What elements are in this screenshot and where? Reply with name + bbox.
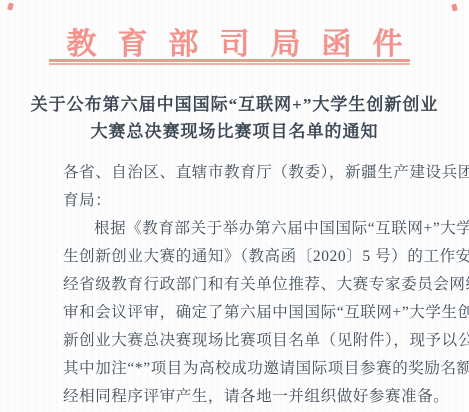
- document-title-line1: 关于公布第六届中国国际“互联网+”大学生创新创业: [20, 91, 449, 118]
- body-line: 审和会议评审，确定了第六届中国国际“互联网+”大学生创: [63, 299, 423, 327]
- body-line: 经相同程序评审产生，请各地一并组织做好参赛准备。: [63, 383, 423, 411]
- body-line: 根据《教育部关于举办第六届中国国际“互联网+”大学: [63, 215, 423, 243]
- body-line: 新创业大赛总决赛现场比赛项目名单（见附件），现予以公布。: [63, 327, 423, 355]
- document-title: 关于公布第六届中国国际“互联网+”大学生创新创业 大赛总决赛现场比赛项目名单的通…: [20, 91, 449, 145]
- body-line: 经省级教育行政部门和有关单位推荐、大赛专家委员会网络评: [63, 271, 423, 299]
- letterhead-divider: [49, 59, 410, 65]
- registration-mark-left: [7, 2, 14, 10]
- document-page: 教育部司局函件 关于公布第六届中国国际“互联网+”大学生创新创业 大赛总决赛现场…: [0, 0, 469, 412]
- letterhead-title: 教育部司局函件: [0, 19, 469, 63]
- body-line: 其中加注“*”项目为高校成功邀请国际项目参赛的奖励名额，: [63, 355, 423, 383]
- body-line: 育局：: [63, 187, 423, 215]
- body-line: 各省、自治区、直辖市教育厅（教委），新疆生产建设兵团教: [63, 159, 423, 187]
- document-title-line2: 大赛总决赛现场比赛项目名单的通知: [20, 118, 449, 145]
- registration-mark-right: [451, 3, 458, 11]
- body-line: 生创新创业大赛的通知》（教高函〔2020〕5 号）的工作安排，: [63, 243, 423, 271]
- document-body: 各省、自治区、直辖市教育厅（教委），新疆生产建设兵团教 育局： 根据《教育部关于…: [63, 159, 423, 411]
